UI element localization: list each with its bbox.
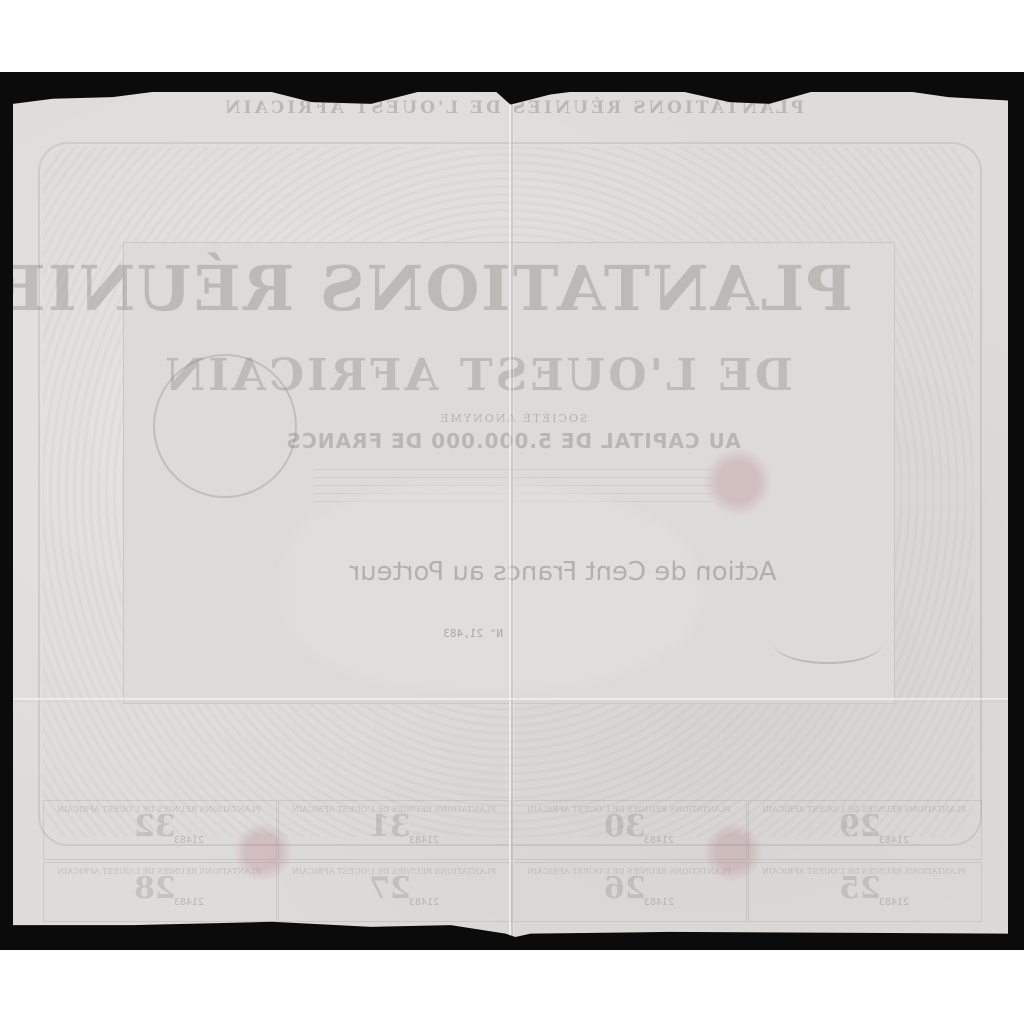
- coupon-number: 26: [604, 871, 646, 906]
- coupon: PLANTATIONS RÉUNIES DE L'OUEST AFRICAIN …: [748, 800, 982, 860]
- coupon-serial: 21483: [644, 835, 674, 846]
- coupon-number: 28: [134, 871, 176, 906]
- coupon-number: 31: [369, 809, 411, 844]
- signature-mark: [773, 622, 883, 664]
- coupon: PLANTATIONS RÉUNIES DE L'OUEST AFRICAIN …: [278, 800, 512, 860]
- red-stamp-mark: [703, 447, 773, 517]
- coupon-serial: 21483: [174, 835, 204, 846]
- share-type-heading: Action de Cent Francs au Porteur: [253, 557, 873, 587]
- vertical-fold-crease: [508, 92, 514, 937]
- coupon: PLANTATIONS RÉUNIES DE L'OUEST AFRICAIN …: [748, 862, 982, 922]
- coupon-number: 29: [839, 809, 881, 844]
- coupon: PLANTATIONS RÉUNIES DE L'OUEST AFRICAIN …: [513, 800, 747, 860]
- coupon: PLANTATIONS RÉUNIES DE L'OUEST AFRICAIN …: [43, 862, 277, 922]
- coupon-number: 25: [839, 871, 881, 906]
- horizontal-fold-crease: [13, 698, 1008, 702]
- coupon-serial: 21483: [174, 897, 204, 908]
- coupon: PLANTATIONS RÉUNIES DE L'OUEST AFRICAIN …: [278, 862, 512, 922]
- coupon-serial: 21483: [409, 835, 439, 846]
- coupon-number: 32: [134, 809, 176, 844]
- coupon-serial: 21483: [879, 835, 909, 846]
- coupon-serial: 21483: [644, 897, 674, 908]
- coupon-number: 30: [604, 809, 646, 844]
- paper-stain: [283, 482, 703, 692]
- coupon-serial: 21483: [879, 897, 909, 908]
- serial-number: N° 21,483: [383, 627, 503, 640]
- coupon: PLANTATIONS RÉUNIES DE L'OUEST AFRICAIN …: [43, 800, 277, 860]
- coupon: PLANTATIONS RÉUNIES DE L'OUEST AFRICAIN …: [513, 862, 747, 922]
- coupon-number: 27: [369, 871, 411, 906]
- certificate-paper-reverse: PLANTATIONS RÉUNIES DE L'OUEST AFRICAIN …: [13, 92, 1008, 937]
- coupon-serial: 21483: [409, 897, 439, 908]
